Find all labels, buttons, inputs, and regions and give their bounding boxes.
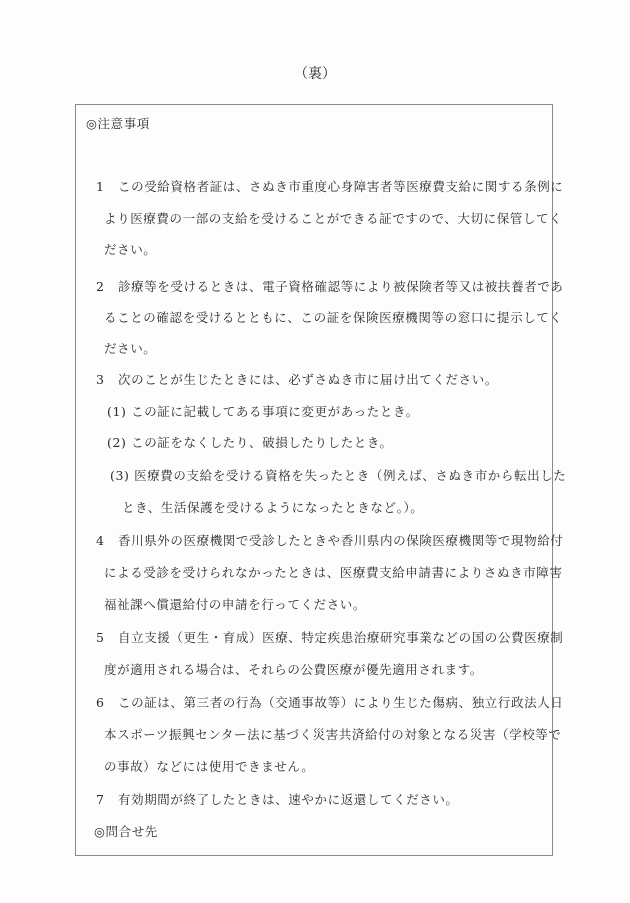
note-line: ださい。 [104,242,156,258]
note-line: より医療費の一部の支給を受けることができる証ですので、大切に保管してく [104,211,562,227]
note-number: 5 [96,630,118,646]
note-line: ることの確認を受けるとともに、この証を保険医療機関等の窓口に提示してく [104,310,563,326]
note-line: とき、生活保護を受けるようになったときなど。）。 [122,500,423,516]
note-subitem-2: (2) この証をなくしたり、破損したりしたとき。 [107,435,393,451]
note-line: 診療等を受けるときは、電子資格確認等により被保険者等又は被扶養者であ [118,279,563,294]
note-line: この証は、第三者の行為（交通事故等）により生じた傷病、独立行政法人日 [118,695,563,710]
note-item-7: 7有効期間が終了したときは、速やかに返還してください。 [96,792,459,808]
contact-heading: ◎問合せ先 [94,824,158,840]
note-subitem-1: (1) この証に記載してある事項に変更があったとき。 [107,404,419,420]
note-line: 有効期間が終了したときは、速やかに返還してください。 [118,792,459,807]
note-line: 福祉課へ償還給付の申請を行ってください。 [104,597,366,613]
note-line: 自立支援（更生・育成）医療、特定疾患治療研究事業などの国の公費医療制 [118,630,563,645]
note-number: 4 [96,533,118,549]
note-item-5: 5自立支援（更生・育成）医療、特定疾患治療研究事業などの国の公費医療制 [96,630,563,646]
note-number: 7 [96,792,118,808]
note-item-1: 1この受給資格者証は、さぬき市重度心身障害者等医療費支給に関する条例に [96,179,563,195]
note-number: 2 [96,279,118,295]
note-line: 次のことが生じたときには、必ずさぬき市に届け出てください。 [118,372,498,387]
note-number: 1 [96,179,118,195]
subitem-label: (2) [107,435,127,450]
note-line: 本スポーツ振興センター法に基づく災害共済給付の対象となる災害（学校等で [104,727,562,743]
note-item-6: 6この証は、第三者の行為（交通事故等）により生じた傷病、独立行政法人日 [96,695,563,711]
page-side-title: （裏） [0,63,630,83]
subitem-label: (1) [107,404,127,419]
notes-heading: ◎注意事項 [86,116,150,132]
note-line: の事故）などには使用できません。 [104,759,314,775]
note-item-3: 3次のことが生じたときには、必ずさぬき市に届け出てください。 [96,372,498,388]
note-line: ださい。 [104,341,156,357]
note-line: この証に記載してある事項に変更があったとき。 [131,404,419,419]
note-subitem-3: (3) 医療費の支給を受ける資格を失ったとき（例えば、さぬき市から転出した [110,468,566,484]
note-line: 度が適用される場合は、それらの公費医療が優先適用されます。 [104,662,483,678]
note-number: 6 [96,695,118,711]
note-line: この受給資格者証は、さぬき市重度心身障害者等医療費支給に関する条例に [118,179,563,194]
subitem-label: (3) [110,468,130,483]
note-item-4: 4香川県外の医療機関で受診したときや香川県内の保険医療機関等で現物給付 [96,533,563,549]
note-line: による受診を受けられなかったときは、医療費支給申請書によりさぬき市障害 [104,565,563,581]
note-number: 3 [96,372,118,388]
note-item-2: 2診療等を受けるときは、電子資格確認等により被保険者等又は被扶養者であ [96,279,563,295]
note-line: 医療費の支給を受ける資格を失ったとき（例えば、さぬき市から転出した [134,468,566,483]
note-line: 香川県外の医療機関で受診したときや香川県内の保険医療機関等で現物給付 [118,533,563,548]
note-line: この証をなくしたり、破損したりしたとき。 [131,435,393,450]
